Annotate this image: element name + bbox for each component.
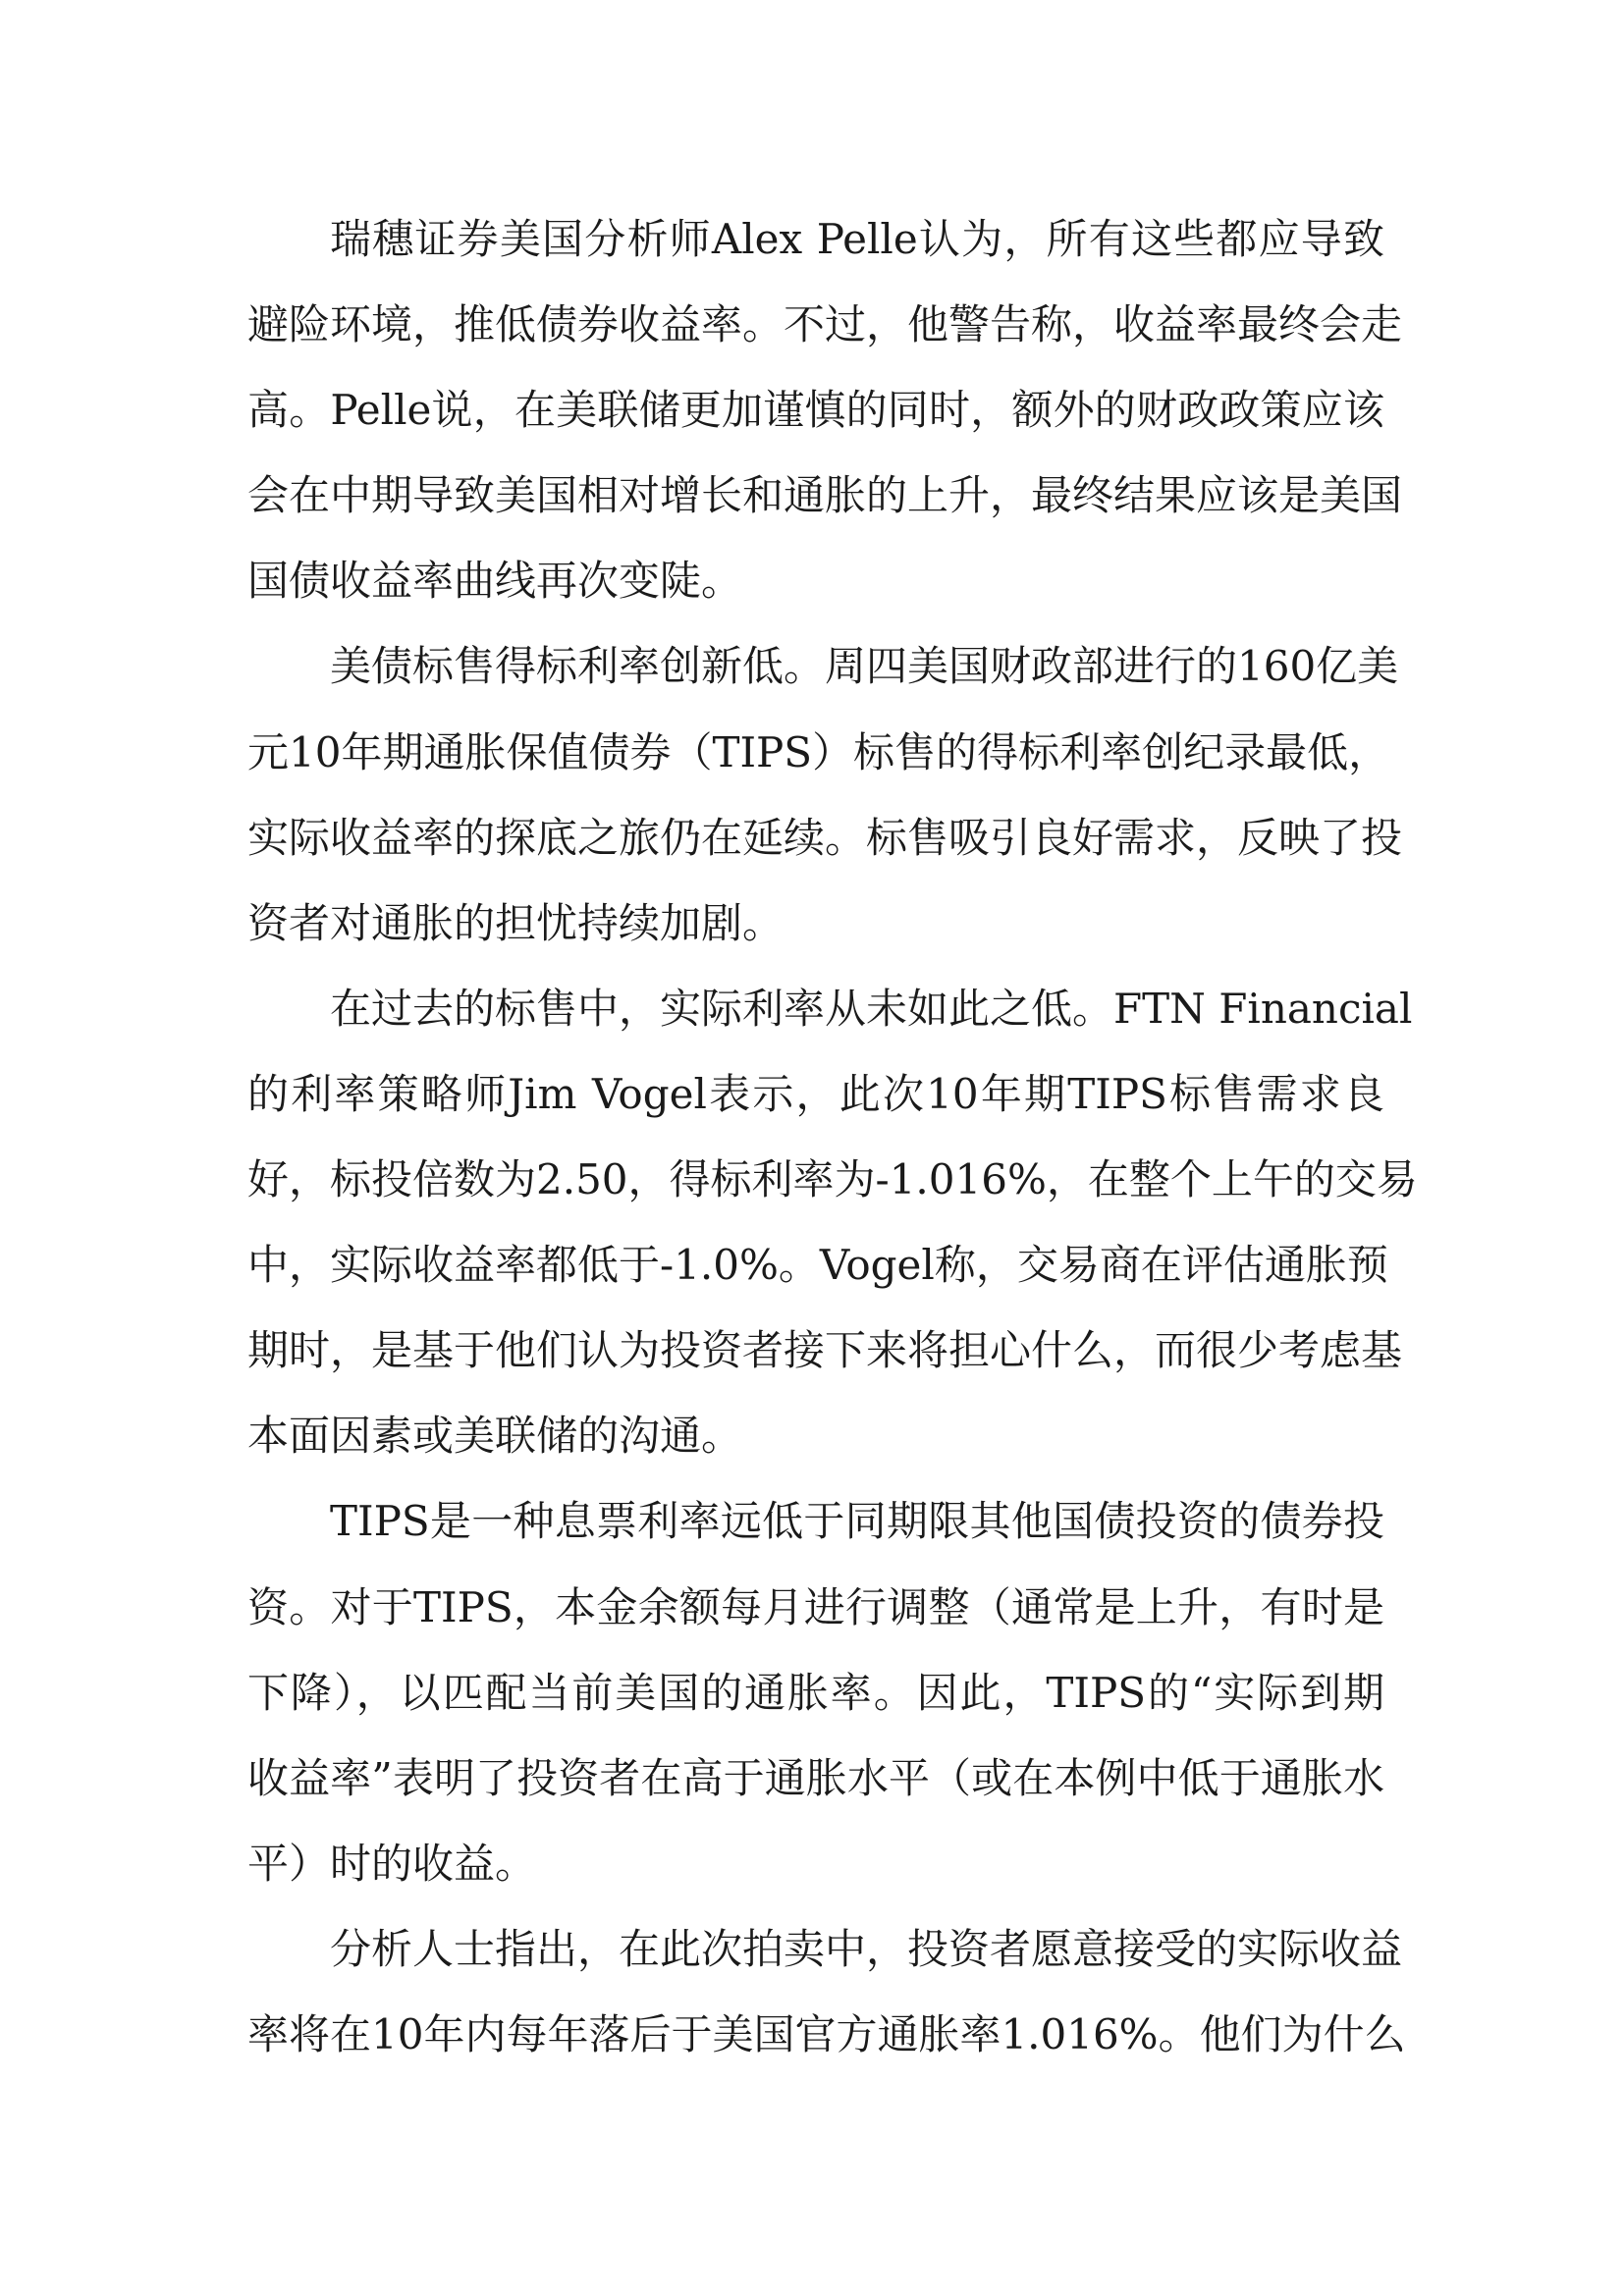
paragraph-5: 分析人士指出，在此次拍卖中，投资者愿意接受的实际收益 率将在10年内每年落后于美… [247, 1906, 1384, 2077]
text-line: 收益率”表明了投资者在高于通胀水平（或在本例中低于通胀水 [247, 1735, 1384, 1821]
paragraph-4: TIPS是一种息票利率远低于同期限其他国债投资的债券投 资。对于TIPS，本金余… [247, 1478, 1384, 1905]
text-line: 在过去的标售中，实际利率从未如此之低。FTN Financial [247, 966, 1384, 1051]
text-line: 资者对通胀的担忧持续加剧。 [247, 881, 1384, 966]
text-line: 的利率策略师Jim Vogel表示，此次10年期TIPS标售需求良 [247, 1051, 1384, 1137]
text-line: 元10年期通胀保值债券（TIPS）标售的得标利率创纪录最低， [247, 710, 1384, 795]
paragraph-2: 美债标售得标利率创新低。周四美国财政部进行的160亿美 元10年期通胀保值债券（… [247, 623, 1384, 965]
paragraph-3: 在过去的标售中，实际利率从未如此之低。FTN Financial 的利率策略师J… [247, 966, 1384, 1479]
text-line: 下降），以匹配当前美国的通胀率。因此，TIPS的“实际到期 [247, 1650, 1384, 1735]
text-line: 平）时的收益。 [247, 1821, 1384, 1906]
text-line: 实际收益率的探底之旅仍在延续。标售吸引良好需求，反映了投 [247, 795, 1384, 881]
text-line: 中，实际收益率都低于-1.0%。Vogel称，交易商在评估通胀预 [247, 1222, 1384, 1308]
text-line: 国债收益率曲线再次变陡。 [247, 538, 1384, 623]
paragraph-1: 瑞穗证券美国分析师Alex Pelle认为，所有这些都应导致 避险环境，推低债券… [247, 196, 1384, 623]
document-page: 瑞穗证券美国分析师Alex Pelle认为，所有这些都应导致 避险环境，推低债券… [247, 196, 1384, 2077]
text-line: 美债标售得标利率创新低。周四美国财政部进行的160亿美 [247, 623, 1384, 709]
text-line: 期时，是基于他们认为投资者接下来将担心什么，而很少考虑基 [247, 1308, 1384, 1393]
text-line: 会在中期导致美国相对增长和通胀的上升，最终结果应该是美国 [247, 453, 1384, 538]
text-line: 分析人士指出，在此次拍卖中，投资者愿意接受的实际收益 [247, 1906, 1384, 1992]
text-line: 避险环境，推低债券收益率。不过，他警告称，收益率最终会走 [247, 282, 1384, 367]
text-line: 好，标投倍数为2.50，得标利率为-1.016%，在整个上午的交易 [247, 1137, 1384, 1222]
text-line: 本面因素或美联储的沟通。 [247, 1393, 1384, 1478]
text-line: 率将在10年内每年落后于美国官方通胀率1.016%。他们为什么 [247, 1992, 1384, 2077]
text-line: TIPS是一种息票利率远低于同期限其他国债投资的债券投 [247, 1478, 1384, 1564]
text-line: 瑞穗证券美国分析师Alex Pelle认为，所有这些都应导致 [247, 196, 1384, 282]
text-line: 资。对于TIPS，本金余额每月进行调整（通常是上升，有时是 [247, 1565, 1384, 1650]
text-line: 高。Pelle说，在美联储更加谨慎的同时，额外的财政政策应该 [247, 367, 1384, 453]
